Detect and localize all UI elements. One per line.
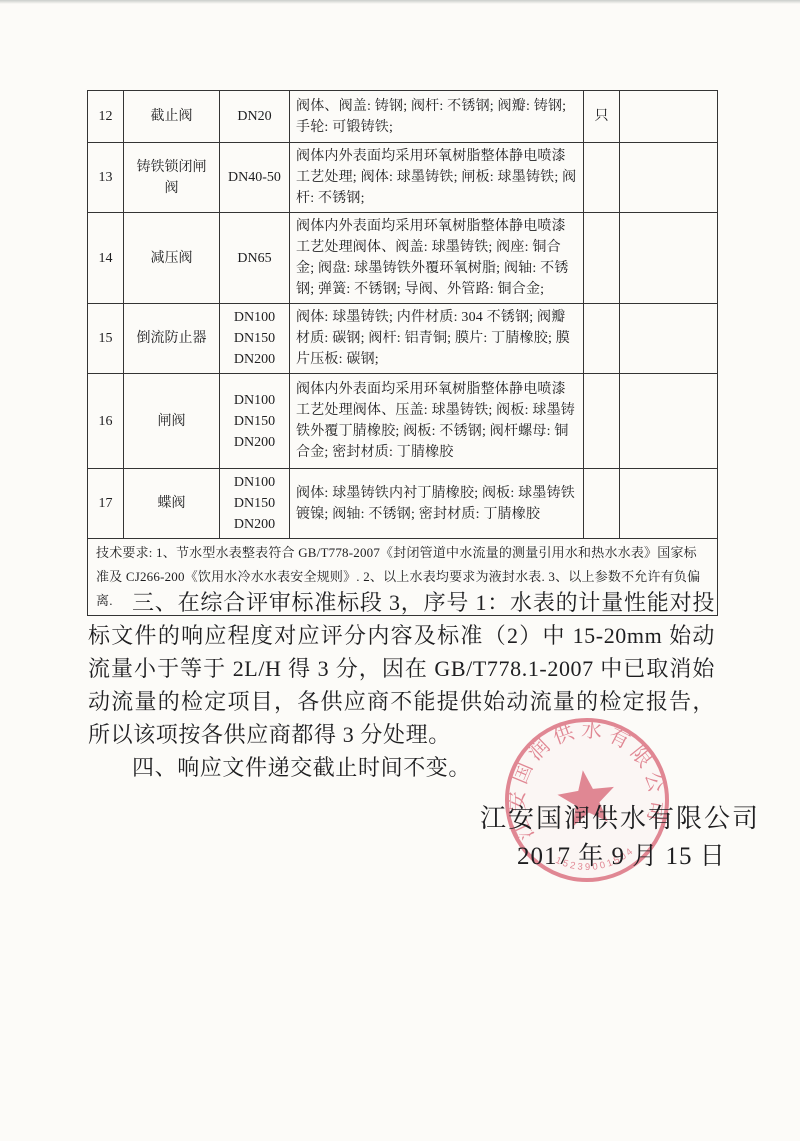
spec-line: DN200	[226, 514, 283, 535]
signature-date: 2017 年 9 月 15 日	[517, 836, 777, 872]
cell-remark	[620, 143, 718, 213]
spec-table-row-15: 15倒流防止器DN100DN150DN200阀体: 球墨铸铁; 内件材质: 30…	[88, 304, 718, 374]
scan-edge-artifact	[0, 0, 800, 4]
spec-table-row-12: 12截止阀DN20阀体、阀盖: 铸钢; 阀杆: 不锈钢; 阀瓣: 铸钢; 手轮:…	[88, 91, 718, 143]
cell-row-number: 14	[88, 213, 124, 304]
valve-spec-table: 12截止阀DN20阀体、阀盖: 铸钢; 阀杆: 不锈钢; 阀瓣: 铸钢; 手轮:…	[87, 90, 718, 616]
cell-item-name: 铸铁锁闭闸阀	[124, 143, 220, 213]
spec-line: DN100	[226, 390, 283, 411]
cell-spec: DN65	[220, 213, 290, 304]
spec-line: DN200	[226, 349, 283, 370]
spec-line: DN150	[226, 493, 283, 514]
spec-table-row-14: 14减压阀DN65阀体内外表面均采用环氧树脂整体静电喷漆工艺处理阀体、阀盖: 球…	[88, 213, 718, 304]
cell-row-number: 16	[88, 374, 124, 469]
cell-row-number: 15	[88, 304, 124, 374]
cell-material-description: 阀体内外表面均采用环氧树脂整体静电喷漆工艺处理; 阀体: 球墨铸铁; 闸板: 球…	[290, 143, 584, 213]
cell-material-description: 阀体: 球墨铸铁; 内件材质: 304 不锈钢; 阀瓣材质: 碳钢; 阀杆: 铝…	[290, 304, 584, 374]
cell-spec: DN40-50	[220, 143, 290, 213]
spec-table-row-16: 16闸阀DN100DN150DN200阀体内外表面均采用环氧树脂整体静电喷漆工艺…	[88, 374, 718, 469]
cell-row-number: 12	[88, 91, 124, 143]
cell-row-number: 17	[88, 469, 124, 539]
cell-material-description: 阀体内外表面均采用环氧树脂整体静电喷漆工艺处理阀体、阀盖: 球墨铸铁; 阀座: …	[290, 213, 584, 304]
spec-line: DN150	[226, 328, 283, 349]
cell-item-name: 减压阀	[124, 213, 220, 304]
valve-spec-table-body: 12截止阀DN20阀体、阀盖: 铸钢; 阀杆: 不锈钢; 阀瓣: 铸钢; 手轮:…	[88, 91, 718, 616]
cell-spec: DN100DN150DN200	[220, 304, 290, 374]
cell-item-name: 闸阀	[124, 374, 220, 469]
cell-material-description: 阀体、阀盖: 铸钢; 阀杆: 不锈钢; 阀瓣: 铸钢; 手轮: 可锻铸铁;	[290, 91, 584, 143]
cell-unit	[584, 213, 620, 304]
cell-remark	[620, 469, 718, 539]
cell-remark	[620, 213, 718, 304]
cell-unit	[584, 469, 620, 539]
cell-remark	[620, 304, 718, 374]
signature-company-name: 江安国润供水有限公司	[480, 798, 780, 835]
cell-row-number: 13	[88, 143, 124, 213]
spec-table-row-17: 17蝶阀DN100DN150DN200阀体: 球墨铸铁内衬丁腈橡胶; 阀板: 球…	[88, 469, 718, 539]
spec-table-row-13: 13铸铁锁闭闸阀DN40-50阀体内外表面均采用环氧树脂整体静电喷漆工艺处理; …	[88, 143, 718, 213]
cell-unit	[584, 143, 620, 213]
cell-remark	[620, 374, 718, 469]
cell-unit: 只	[584, 91, 620, 143]
cell-material-description: 阀体: 球墨铸铁内衬丁腈橡胶; 阀板: 球墨铸铁镀镍; 阀轴: 不锈钢; 密封材…	[290, 469, 584, 539]
spec-line: DN20	[226, 106, 283, 127]
cell-remark	[620, 91, 718, 143]
spec-line: DN40-50	[226, 167, 283, 188]
spec-line: DN65	[226, 248, 283, 269]
spec-line: DN100	[226, 307, 283, 328]
scanned-document-page: 12截止阀DN20阀体、阀盖: 铸钢; 阀杆: 不锈钢; 阀瓣: 铸钢; 手轮:…	[0, 0, 800, 1141]
cell-item-name: 倒流防止器	[124, 304, 220, 374]
cell-spec: DN20	[220, 91, 290, 143]
cell-item-name: 蝶阀	[124, 469, 220, 539]
cell-material-description: 阀体内外表面均采用环氧树脂整体静电喷漆工艺处理阀体、压盖: 球墨铸铁; 阀板: …	[290, 374, 584, 469]
cell-unit	[584, 374, 620, 469]
cell-unit	[584, 304, 620, 374]
spec-line: DN150	[226, 411, 283, 432]
cell-spec: DN100DN150DN200	[220, 374, 290, 469]
cell-item-name: 截止阀	[124, 91, 220, 143]
cell-spec: DN100DN150DN200	[220, 469, 290, 539]
spec-line: DN100	[226, 472, 283, 493]
spec-line: DN200	[226, 432, 283, 453]
